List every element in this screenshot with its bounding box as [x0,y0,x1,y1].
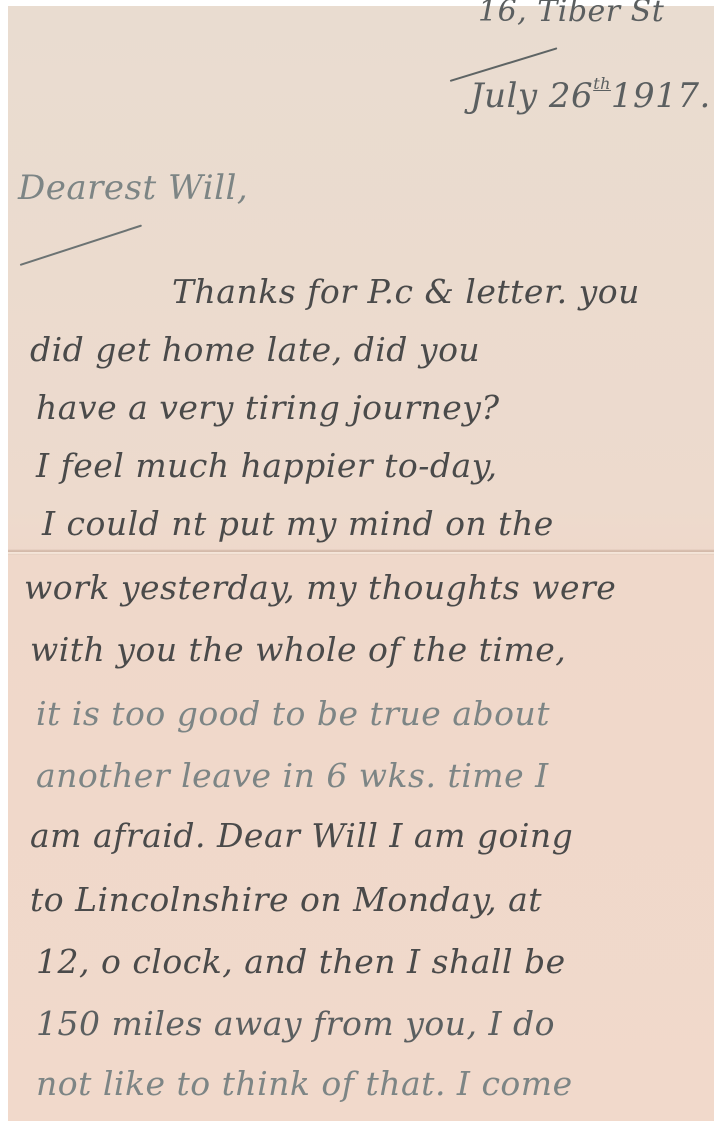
date-ordinal: th [593,74,611,93]
body-line-14: not like to think of that. I come [36,1064,573,1103]
body-line-9: another leave in 6 wks. time I [36,756,549,795]
body-line-4: I feel much happier to-day, [36,446,497,485]
body-line-1: Thanks for P.c & letter. you [172,272,640,311]
date-month-day: July 26 [470,76,593,116]
fold-crease [8,549,714,555]
body-line-7: with you the whole of the time, [30,630,566,669]
body-line-2: did get home late, did you [30,330,480,369]
body-line-11: to Lincolnshire on Monday, at [30,880,542,919]
body-line-12: 12, o clock, and then I shall be [36,942,566,981]
body-line-8: it is too good to be true about [36,694,550,733]
salutation: Dearest Will, [18,168,248,208]
body-line-5: I could nt put my mind on the [42,504,554,543]
body-line-6: work yesterday, my thoughts were [24,568,616,607]
address: 16, Tiber St [478,0,664,29]
body-line-10: am afraid. Dear Will I am going [30,816,573,855]
date: July 26th1917. [470,74,711,116]
body-line-3: have a very tiring journey? [36,388,500,427]
body-line-13: 150 miles away from you, I do [36,1004,555,1043]
date-year: 1917. [611,76,711,116]
